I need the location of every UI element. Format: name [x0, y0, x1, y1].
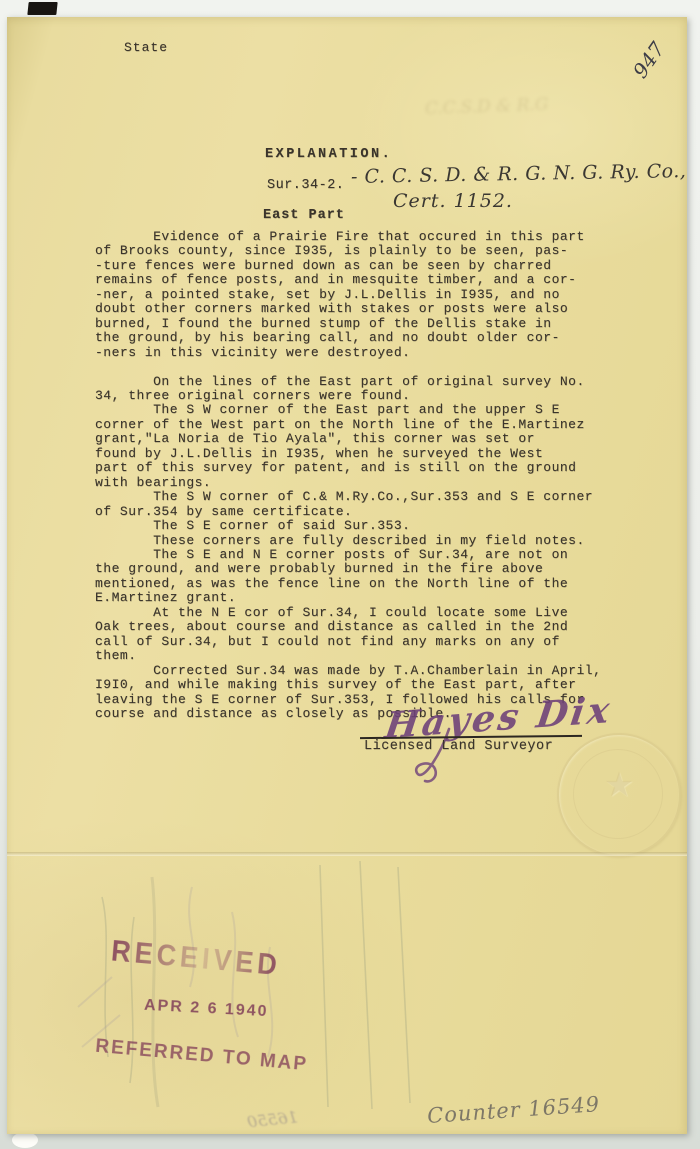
survey-reference: Sur.34-2.	[267, 178, 344, 193]
part-label: East Part	[263, 208, 345, 223]
body-text: Evidence of a Prairie Fire that occured …	[95, 230, 640, 721]
bleed-through-marks	[42, 857, 462, 1117]
document-paper: State 947 C.C.S.D & R.G EXPLANATION. Sur…	[7, 17, 687, 1134]
paper-fold-line	[7, 852, 687, 856]
embossed-seal: ★	[557, 733, 681, 857]
archive-number: 947	[628, 20, 682, 83]
star-icon: ★	[559, 765, 679, 805]
scan-edge-blob	[12, 1132, 38, 1148]
bleed-through-handwriting: C.C.S.D & R.G	[425, 91, 656, 119]
bleed-through-number: 16550	[246, 1107, 299, 1131]
scanned-document: State 947 C.C.S.D & R.G EXPLANATION. Sur…	[0, 0, 700, 1149]
signature-title: Licensed Land Surveyor	[364, 739, 553, 754]
state-label: State	[124, 40, 168, 55]
scan-corner-mark	[27, 2, 57, 15]
certificate-number-handwritten: Cert. 1152.	[393, 190, 513, 212]
survey-reference-handwritten: - C. C. S. D. & R. G. N. G. Ry. Co.,	[351, 160, 687, 188]
document-title: EXPLANATION.	[265, 147, 392, 162]
